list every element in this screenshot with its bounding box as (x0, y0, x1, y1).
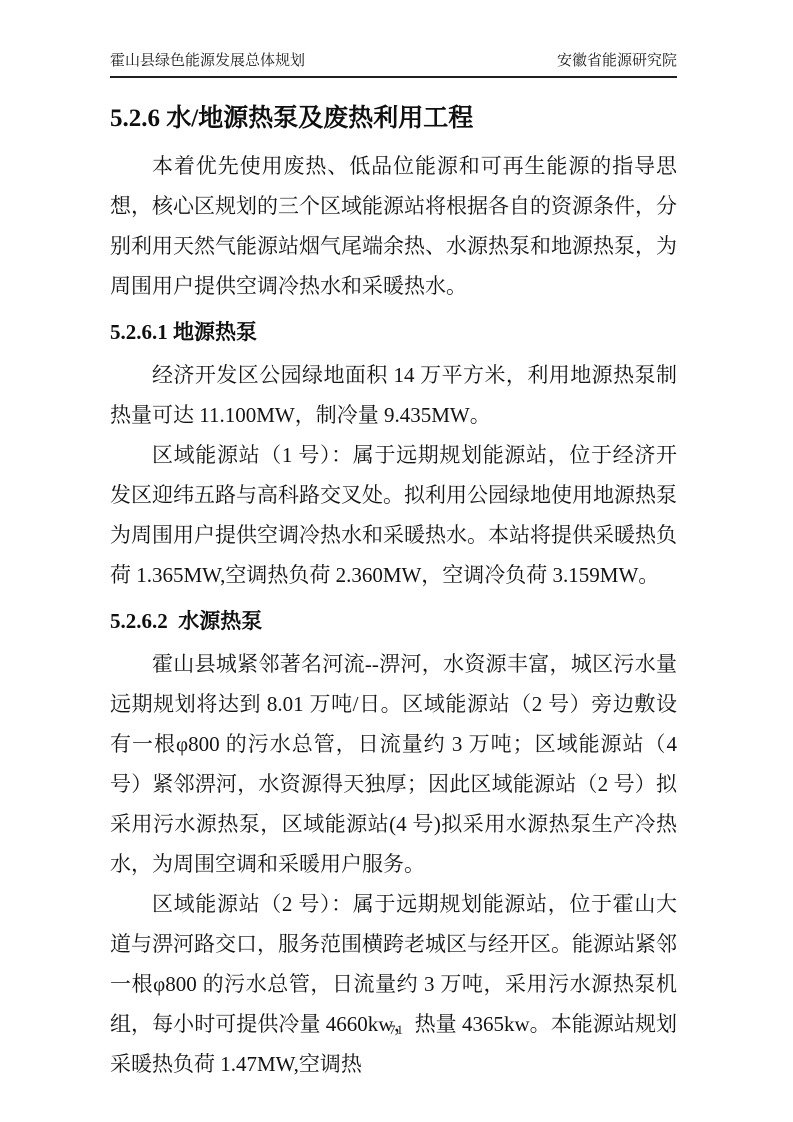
paragraph-energy-station-1: 区域能源站（1 号）：属于远期规划能源站，位于经济开发区迎纬五路与高科路交叉处。… (110, 435, 677, 595)
paragraph-ground-source-capacity: 经济开发区公园绿地面积 14 万平方米，利用地源热泵制热量可达 11.100MW… (110, 355, 677, 435)
paragraph-water-source-overview: 霍山县城紧邻著名河流--淠河，水资源丰富，城区污水量远期规划将达到 8.01 万… (110, 644, 677, 884)
section-title: 5.2.6 水/地源热泵及废热利用工程 (110, 102, 677, 136)
subsection-heading-water-source-heat-pump: 5.2.6.2 水源热泵 (110, 604, 677, 638)
page-number: 71 (0, 1022, 793, 1038)
header-right-text: 安徽省能源研究院 (557, 52, 677, 71)
subsection-heading-ground-source-heat-pump: 5.2.6.1 地源热泵 (110, 315, 677, 349)
page-header: 霍山县绿色能源发展总体规划 安徽省能源研究院 (110, 52, 677, 78)
document-page: 霍山县绿色能源发展总体规划 安徽省能源研究院 5.2.6 水/地源热泵及废热利用… (0, 0, 793, 1122)
page-content: 霍山县绿色能源发展总体规划 安徽省能源研究院 5.2.6 水/地源热泵及废热利用… (110, 0, 677, 1084)
header-left-text: 霍山县绿色能源发展总体规划 (110, 52, 305, 71)
paragraph-energy-station-2: 区域能源站（2 号）：属于远期规划能源站，位于霍山大道与淠河路交口，服务范围横跨… (110, 884, 677, 1084)
intro-paragraph: 本着优先使用废热、低品位能源和可再生能源的指导思想，核心区规划的三个区域能源站将… (110, 146, 677, 306)
